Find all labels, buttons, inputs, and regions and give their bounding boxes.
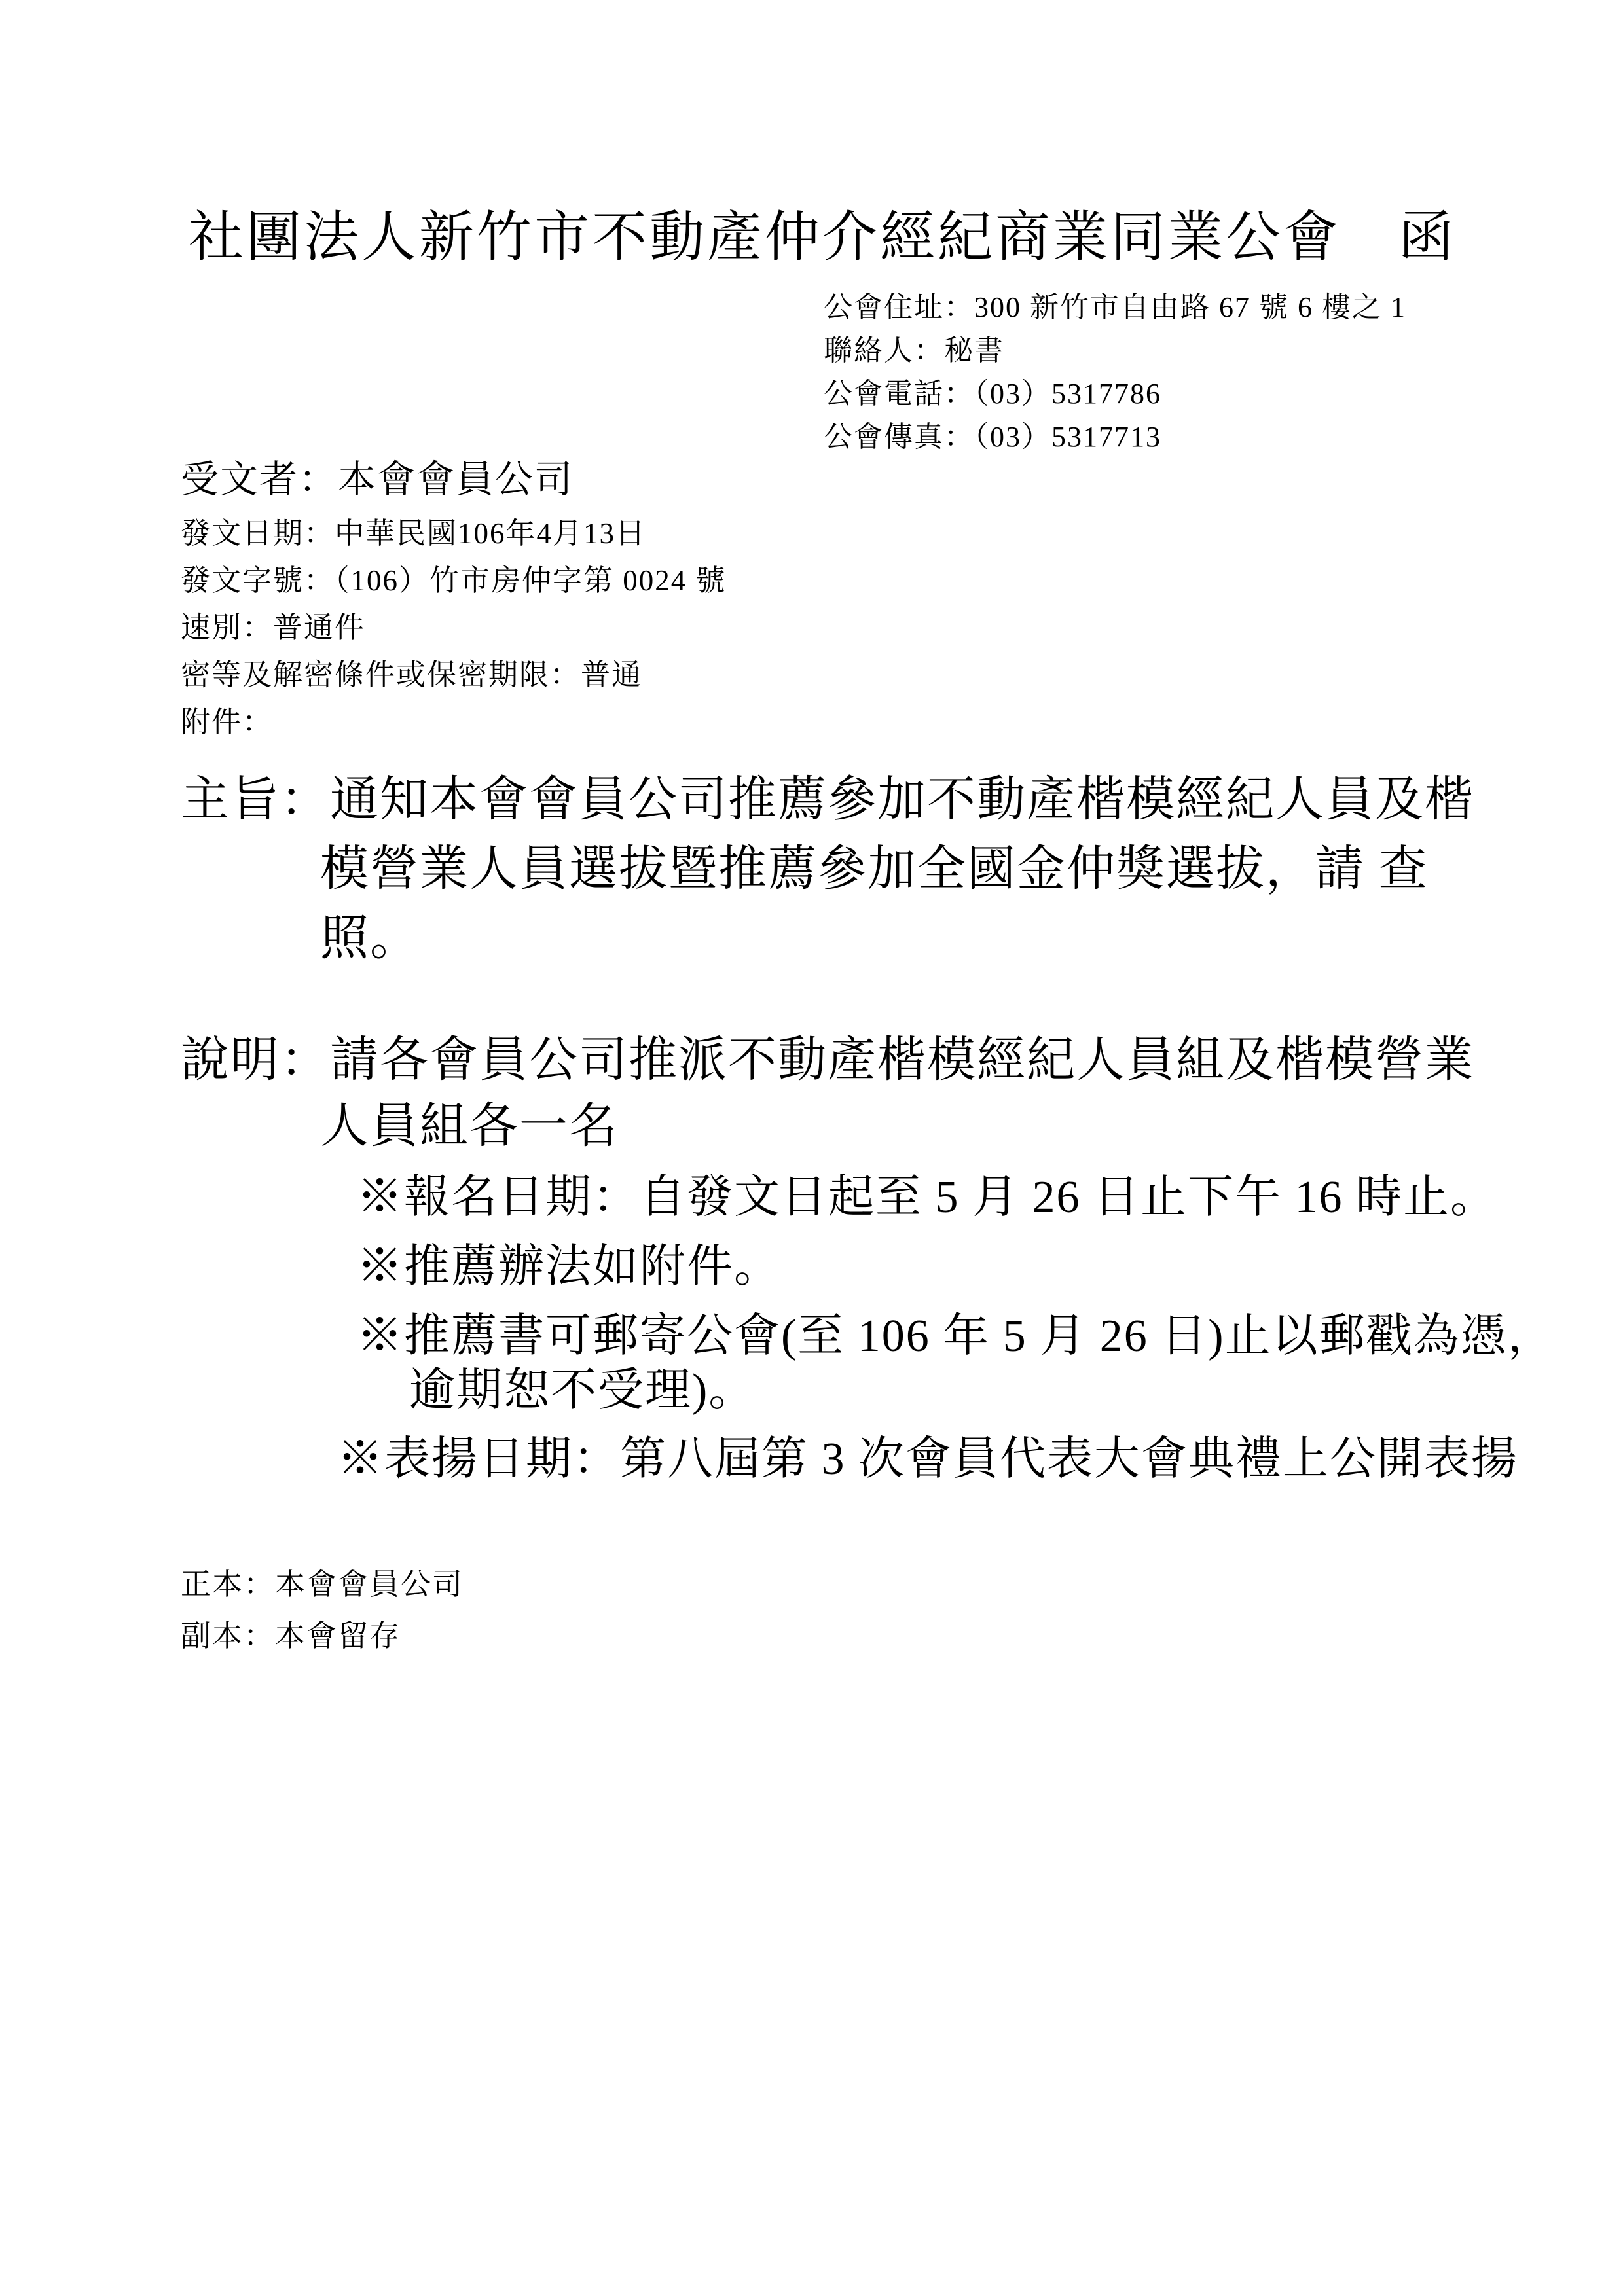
sender-fax: 公會傳真：（03）5317713 [824,421,1161,454]
security-class-line: 密等及解密條件或保密期限：普通 [181,658,642,692]
description-line-1: 說明：請各會員公司推派不動產楷模經紀人員組及楷模營業 [181,1033,1474,1088]
recipient-line: 受文者：本會會員公司 [181,458,574,502]
speed-class-line: 速別：普通件 [181,611,365,645]
attachment-line: 附件： [181,706,273,740]
sender-address: 公會住址：300 新竹市自由路 67 號 6 樓之 1 [824,291,1406,325]
note-registration-deadline: ※報名日期：自發文日起至 5 月 26 日止下午 16 時止。 [357,1172,1497,1225]
subject-line-1: 主旨：通知本會會員公司推薦參加不動產楷模經紀人員及楷 [181,772,1474,828]
note-recommendation-method: ※推薦辦法如附件。 [357,1241,781,1294]
document-page: 社團法人新竹市不動產仲介經紀商業同業公會 函 公會住址：300 新竹市自由路 6… [0,0,1623,2296]
note-commendation-date: ※表揚日期：第八屆第 3 次會員代表大會典禮上公開表揚 [337,1433,1518,1486]
subject-line-2: 模營業人員選拔暨推薦參加全國金仲獎選拔，請 查 [320,842,1429,897]
note-mailing-line-1: ※推薦書可郵寄公會(至 106 年 5 月 26 日)止以郵戳為憑， [357,1310,1555,1363]
subject-line-3: 照。 [320,911,420,967]
description-line-2: 人員組各一名 [320,1099,619,1155]
doc-number-line: 發文字號：（106）竹市房仲字第 0024 號 [181,564,727,598]
original-copy-line: 正本：本會會員公司 [181,1568,464,1602]
sender-contact: 聯絡人：秘書 [824,334,1004,368]
note-mailing-line-2: 逾期恕不受理)。 [409,1365,756,1418]
document-title: 社團法人新竹市不動產仲介經紀商業同業公會 函 [189,207,1456,270]
sender-phone: 公會電話：（03）5317786 [824,378,1161,411]
duplicate-copy-line: 副本：本會留存 [181,1619,401,1654]
issue-date-line: 發文日期：中華民國106年4月13日 [181,517,646,551]
